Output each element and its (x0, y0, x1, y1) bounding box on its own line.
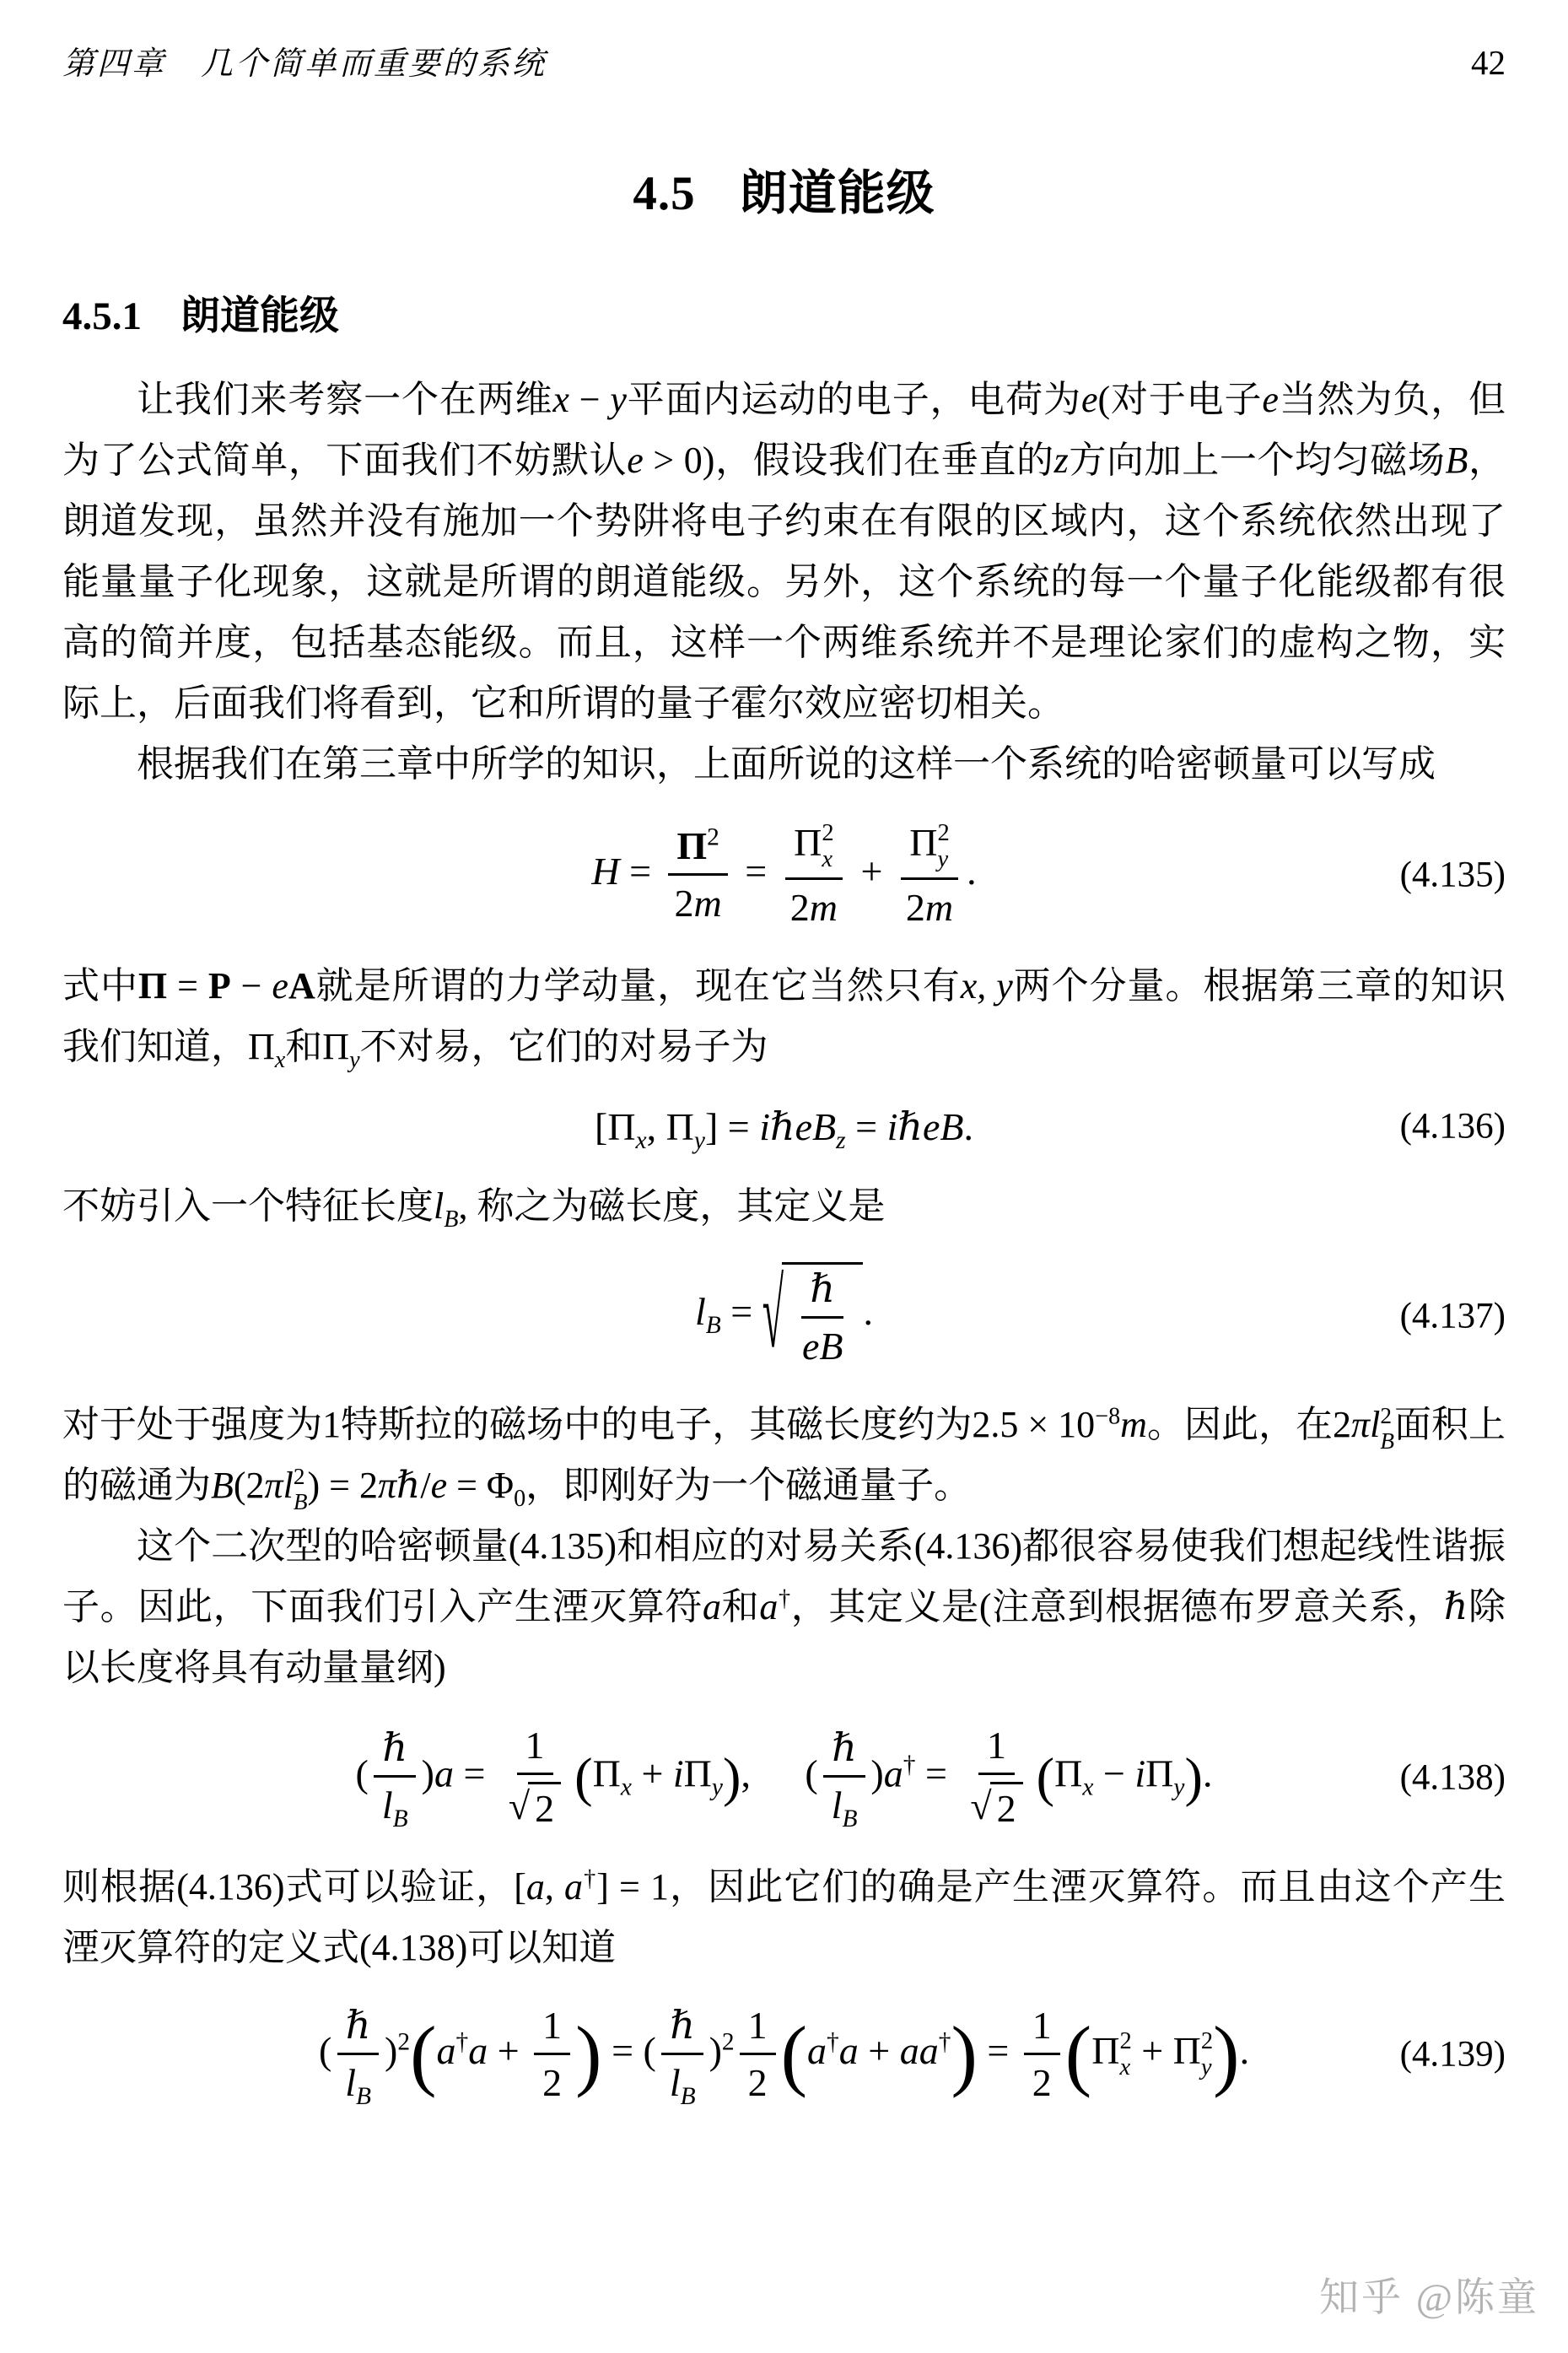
subsection-title: 4.5.1朗道能级 (62, 284, 1506, 341)
equation-4-136-label: (4.136) (1400, 1106, 1506, 1147)
section-title-text: 朗道能级 (740, 167, 935, 220)
watermark: 知乎 @陈童 (1319, 2266, 1539, 2323)
equation-4-138: (ℏlB)a = 1√2(Πx + iΠy),(ℏlB)a† = 1√2(Πx … (62, 1724, 1506, 1832)
paragraph-4: 不妨引入一个特征长度lB, 称之为磁长度，其定义是 (62, 1176, 1506, 1237)
section-title: 4.5朗道能级 (62, 154, 1506, 224)
equation-4-135-label: (4.135) (1400, 855, 1506, 896)
equation-4-137: lB = √ℏeB. (4.137) (62, 1262, 1506, 1369)
equation-4-136: [Πx, Πy] = iℏeBz = iℏeB. (4.136) (62, 1103, 1506, 1152)
paragraph-2: 根据我们在第三章中所学的知识，上面所说的这样一个系统的哈密顿量可以写成 (62, 734, 1506, 795)
chapter-header: 第四章 几个简单而重要的系统 (62, 37, 547, 84)
textbook-page: 第四章 几个简单而重要的系统 42 4.5朗道能级 4.5.1朗道能级 让我们来… (0, 0, 1568, 2353)
equation-4-135: H = Π22m = Π2x2m + Π2y2m. (4.135) (62, 820, 1506, 931)
equation-4-139: (ℏlB)2(a†a + 12) = (ℏlB)212(a†a + aa†) =… (62, 2004, 1506, 2106)
equation-4-137-label: (4.137) (1400, 1295, 1506, 1336)
equation-4-135-math: H = Π22m = Π2x2m + Π2y2m. (62, 820, 1506, 931)
running-header: 第四章 几个简单而重要的系统 42 (62, 37, 1506, 84)
paragraph-5: 对于处于强度为1特斯拉的磁场中的电子，其磁长度约为2.5 × 10−8m。因此，… (62, 1395, 1506, 1516)
paragraph-7: 则根据(4.136)式可以验证，[a, a†] = 1，因此它们的确是产生湮灭算… (62, 1857, 1506, 1978)
equation-4-139-label: (4.139) (1400, 2034, 1506, 2075)
equation-4-139-math: (ℏlB)2(a†a + 12) = (ℏlB)212(a†a + aa†) =… (62, 2004, 1506, 2106)
equation-4-137-math: lB = √ℏeB. (62, 1262, 1506, 1369)
paragraph-1: 让我们来考察一个在两维x − y平面内运动的电子，电荷为e(对于电子e当然为负，… (62, 370, 1506, 734)
subsection-title-text: 朗道能级 (181, 294, 339, 338)
equation-4-138-label: (4.138) (1400, 1757, 1506, 1798)
page-number: 42 (1471, 42, 1506, 83)
paragraph-3: 式中Π = P − eA就是所谓的力学动量，现在它当然只有x, y两个分量。根据… (62, 956, 1506, 1077)
subsection-number: 4.5.1 (62, 294, 142, 338)
equation-4-138-math: (ℏlB)a = 1√2(Πx + iΠy),(ℏlB)a† = 1√2(Πx … (62, 1724, 1506, 1832)
paragraph-6: 这个二次型的哈密顿量(4.135)和相应的对易关系(4.136)都很容易使我们想… (62, 1516, 1506, 1698)
equation-4-136-math: [Πx, Πy] = iℏeBz = iℏeB. (62, 1103, 1506, 1152)
section-number: 4.5 (633, 167, 695, 220)
